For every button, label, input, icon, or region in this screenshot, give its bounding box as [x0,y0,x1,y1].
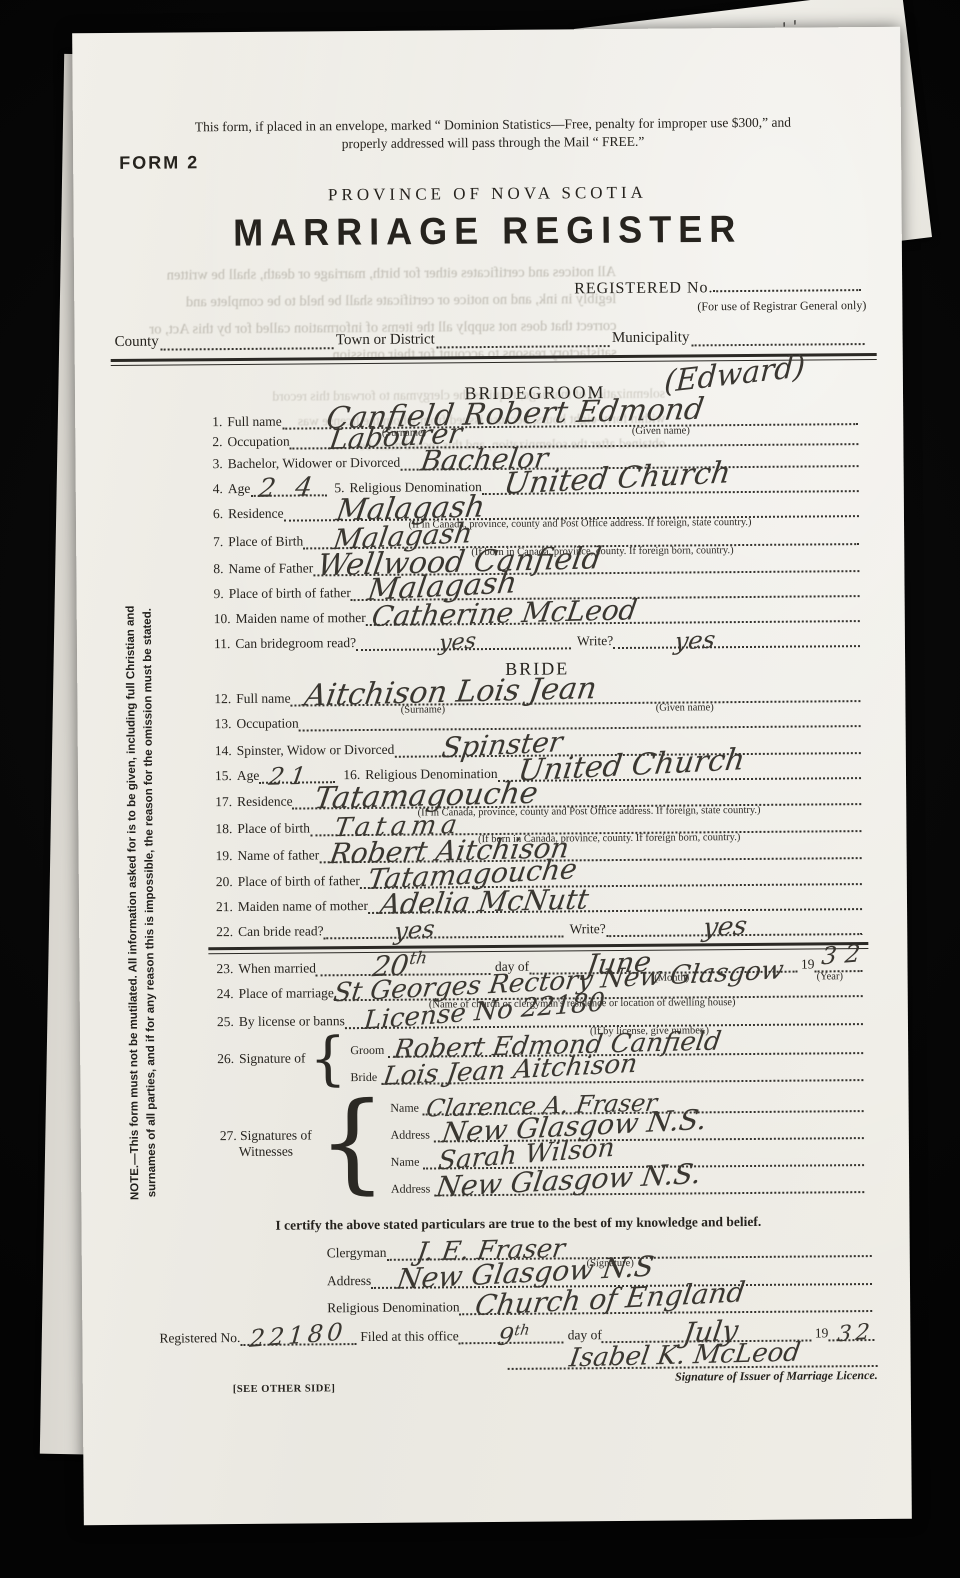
ghost-line: All notices and certificates either for … [136,259,616,290]
address-label: Address [327,1273,371,1289]
field-line: License No 22180 (If by license, give nu… [345,997,863,1029]
field-number: 8. [213,561,223,577]
field-label: Can bridegroom read? [235,635,356,652]
issuer-label: Signature of Issuer of Marriage Licence. [508,1368,878,1386]
field-line: yes [323,909,563,939]
field-number: 18. [215,821,232,837]
field-label: Place of marriage [239,985,334,1002]
field-label: Can bride read? [238,923,324,940]
handwritten-value: yes [394,917,436,944]
field-number: 3. [212,456,222,472]
municipality-label: Municipality [612,329,690,347]
mail-instructions: This form, if placed in an envelope, mar… [133,113,853,155]
field-groom-read-write: 11. Can bridegroom read? yes Write? yes [214,621,860,652]
field-line: Malagash (If in Canada, province, county… [283,489,859,522]
certification-block: I certify the above stated particulars a… [271,1213,871,1218]
witness2-address-row: Address New Glasgow N.S. [391,1166,864,1197]
name-label: Name [390,1101,419,1116]
name-label: Name [391,1155,420,1170]
write-label: Write? [577,633,613,649]
denomination-row: Religious Denomination Church of England [327,1286,872,1316]
registered-no-label: REGISTERED No. [574,279,713,297]
field-line: New Glasgow N.S. [434,1165,864,1196]
write-label: Write? [569,921,605,937]
field-number: 22. [216,924,233,940]
field-number: 21. [216,899,233,915]
handwritten-value: Isabel K. McLeod [568,1340,802,1372]
field-line: yes [606,907,863,937]
field-label: Age [237,768,260,784]
page-title: MARRIAGE REGISTER [74,206,902,257]
handwritten-value: 32 [821,941,870,969]
field-line: 22180 [240,1317,356,1346]
field-number: 19. [216,848,233,864]
field-number: 20. [216,874,233,890]
field-label: Signature of [239,1050,305,1067]
field-number: 6. [213,506,223,522]
margin-note: NOTE.—This form must not be mutilated. A… [122,563,163,1243]
ghost-line: legibly in ink, and no notice or certifi… [136,286,616,317]
showthrough-paragraph: All notices and certificates either for … [136,259,617,371]
field-number: 15. [215,768,232,784]
form-number-label: FORM 2 [119,152,199,174]
field-label: Age [228,481,251,497]
registered-no-blank [713,275,861,292]
field-line: Lois Jean Aitchison [381,1053,863,1085]
field-couple-signatures: 26. Signature of { Groom Robert Edmond C… [217,1026,863,1087]
handwritten-value: 22180 [248,1319,347,1350]
county-label: County [115,334,159,351]
location-row: County Town or District Municipality [114,321,866,351]
issuer-signature-line: Isabel K. McLeod [507,1327,877,1370]
field-number: 12. [214,691,231,707]
marriage-register-page: All notices and certificates either for … [72,27,912,1525]
field-number: 24. [217,986,234,1002]
field-number: 9. [214,586,224,602]
bride-signature-row: Bride Lois Jean Aitchison [350,1054,863,1085]
field-witness-signatures: 27. Signatures of Witnesses { Name Clare… [217,1083,864,1200]
field-label: Place of birth [237,820,310,837]
field-number: 26. [217,1051,234,1067]
registered-no-block: REGISTERED No. (For use of Registrar Gen… [574,275,866,315]
field-label-line2: Witnesses [239,1144,293,1159]
field-label: Occupation [236,716,298,732]
field-line: yes [613,619,860,649]
field-number: 27. [220,1128,237,1143]
day-suffix: th [409,947,430,968]
field-label: Residence [228,506,284,522]
field-label: Residence [237,794,293,810]
province-heading: PROVINCE OF NOVA SCOTIA [73,181,901,208]
address-label: Address [391,1181,430,1196]
handwritten-value: yes [701,913,748,941]
municipality-blank [691,319,864,346]
town-blank [437,321,610,348]
see-other-side-note: [SEE OTHER SIDE] [233,1383,336,1395]
address-label: Address [390,1127,429,1142]
field-label: Full name [236,691,290,707]
field-label-line1: Signatures of [240,1127,312,1143]
registered-no-note: (For use of Registrar General only) [574,298,866,315]
scan-background: ·· ʹʹ 066445 All notices and certificate… [0,0,960,1578]
field-number: 11. [214,636,231,652]
field-line: Church of England [459,1284,872,1315]
field-number: 7. [213,534,223,550]
field-line: 21 [259,755,335,784]
field-number: 4. [213,481,223,497]
field-number: 10. [214,611,231,627]
field-label: Place of Birth [228,533,303,550]
handwritten-value: Lois Jean Aitchison [381,1051,639,1090]
field-number: 23. [216,961,233,977]
field-number: 25. [217,1014,234,1030]
field-number: 14. [215,743,232,759]
field-number: 17. [215,794,232,810]
denomination-label: Religious Denomination [327,1299,459,1316]
registered-no-label: Registered No. [159,1330,240,1347]
field-line: yes [356,621,571,651]
groom-label: Groom [350,1043,384,1058]
field-label: Name of father [237,847,319,864]
clergyman-label: Clergyman [327,1245,387,1261]
handwritten-value: yes [438,631,477,656]
field-number: 13. [215,716,232,732]
handwritten-value: yes [673,628,717,654]
witnesses-label: 27. Signatures of Witnesses [218,1127,314,1160]
field-bride-read-write: 22. Can bride read? yes Write? yes [216,909,862,940]
county-blank [161,323,334,350]
town-label: Town or District [336,331,435,349]
brace: { [317,1089,387,1198]
filed-label: Filed at this office [360,1328,458,1345]
issuer-signature-block: Isabel K. McLeod Signature of Issuer of … [507,1327,877,1386]
